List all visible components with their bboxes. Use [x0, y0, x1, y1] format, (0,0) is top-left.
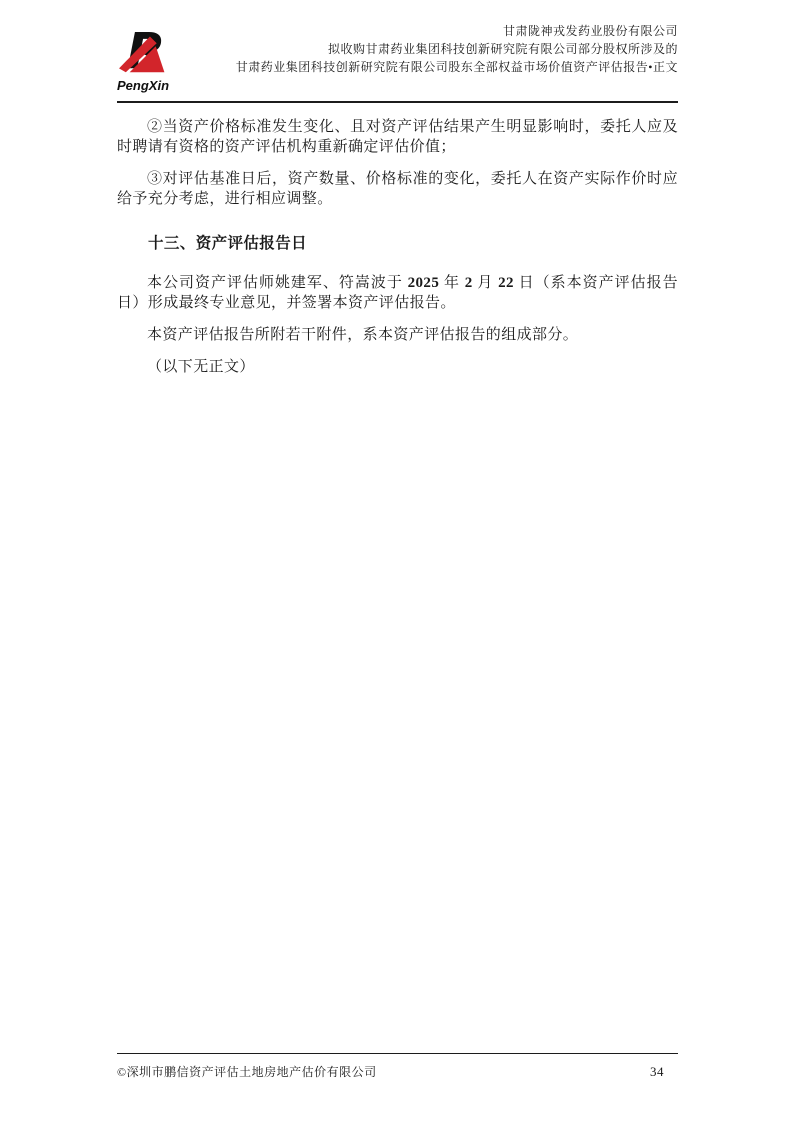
- footer-copyright: ©深圳市鹏信资产评估土地房地产估价有限公司: [117, 1063, 377, 1080]
- header-line-report-title: 甘肃药业集团科技创新研究院有限公司股东全部权益市场价值资产评估报告•正文: [181, 58, 678, 76]
- header-title-block: 甘肃陇神戎发药业股份有限公司 拟收购甘肃药业集团科技创新研究院有限公司部分股权所…: [181, 22, 678, 76]
- header-line-transaction: 拟收购甘肃药业集团科技创新研究院有限公司部分股权所涉及的: [181, 40, 678, 58]
- paragraph-price-change: ②当资产价格标准发生变化、且对资产评估结果产生明显影响时，委托人应及时聘请有资格…: [117, 117, 678, 157]
- page-header: R PengXin 甘肃陇神戎发药业股份有限公司 拟收购甘肃药业集团科技创新研究…: [117, 22, 678, 93]
- page-footer: ©深圳市鹏信资产评估土地房地产估价有限公司 34: [117, 1053, 678, 1080]
- pengxin-logo-wordmark: PengXin: [117, 78, 181, 93]
- document-body: ②当资产价格标准发生变化、且对资产评估结果产生明显影响时，委托人应及时聘请有资格…: [117, 117, 678, 377]
- paragraph-post-base-date: ③对评估基准日后，资产数量、价格标准的变化，委托人在资产实际作价时应给予充分考虑…: [117, 169, 678, 209]
- paragraph-end-note: （以下无正文）: [117, 357, 678, 377]
- section-heading-report-date: 十三、资产评估报告日: [117, 233, 678, 255]
- header-line-company: 甘肃陇神戎发药业股份有限公司: [181, 22, 678, 40]
- paragraph-attachments: 本资产评估报告所附若干附件，系本资产评估报告的组成部分。: [117, 325, 678, 345]
- header-rule: [117, 101, 678, 103]
- page-number: 34: [650, 1064, 664, 1080]
- pengxin-logo: R PengXin: [117, 24, 181, 93]
- paragraph-report-date: 本公司资产评估师姚建军、符嵩波于 2025 年 2 月 22 日（系本资产评估报…: [117, 273, 678, 313]
- pengxin-logo-icon: R: [117, 24, 179, 80]
- document-page: R PengXin 甘肃陇神戎发药业股份有限公司 拟收购甘肃药业集团科技创新研究…: [0, 0, 793, 1122]
